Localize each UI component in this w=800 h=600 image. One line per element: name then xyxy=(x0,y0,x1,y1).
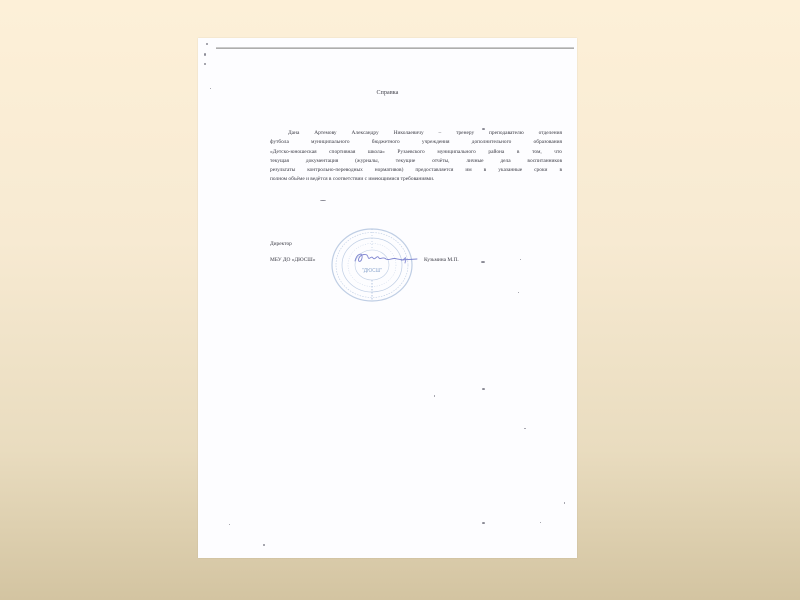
scan-speck xyxy=(434,395,435,397)
body-line: «Детско-юношеская спортивная школа» Руза… xyxy=(270,148,562,157)
scan-speck xyxy=(204,53,206,56)
scan-speck xyxy=(540,522,541,523)
body-line: текущая документация (журналы, текущие о… xyxy=(270,157,562,166)
handwritten-signature-icon xyxy=(353,249,419,267)
body-line: футбола муниципального бюджетного учрежд… xyxy=(270,138,562,147)
scan-speck xyxy=(481,261,485,263)
scan-speck xyxy=(520,259,521,260)
scan-speck xyxy=(564,502,565,504)
signer-position: Директор xyxy=(270,241,292,247)
signer-name: Кузьмина М.П. xyxy=(424,257,459,263)
body-line: результаты контрольно-переводных нормати… xyxy=(270,166,562,175)
scan-speck xyxy=(210,88,211,89)
scan-speck xyxy=(204,63,206,65)
scan-edge-line xyxy=(216,47,574,49)
scan-speck xyxy=(263,544,265,546)
scan-speck xyxy=(482,388,485,390)
scan-speck xyxy=(518,292,519,293)
body-line: Дана Артемову Александру Николаевичу – т… xyxy=(270,129,562,138)
scan-speck xyxy=(206,43,208,45)
signer-organization: МБУ ДО «ДЮСШ» xyxy=(270,257,315,263)
document-body: Дана Артемову Александру Николаевичу – т… xyxy=(270,129,562,185)
document-title: Справка xyxy=(198,90,577,96)
body-line: полном объёме и ведётся в соответствии с… xyxy=(270,175,562,184)
stamp-center-text: "ДЮСШ" xyxy=(362,268,382,274)
scanned-document-page: Справка Дана Артемову Александру Николае… xyxy=(198,38,577,558)
scan-speck xyxy=(524,428,526,429)
scan-speck xyxy=(229,524,230,525)
scan-speck xyxy=(320,200,326,201)
scan-speck xyxy=(482,522,485,524)
